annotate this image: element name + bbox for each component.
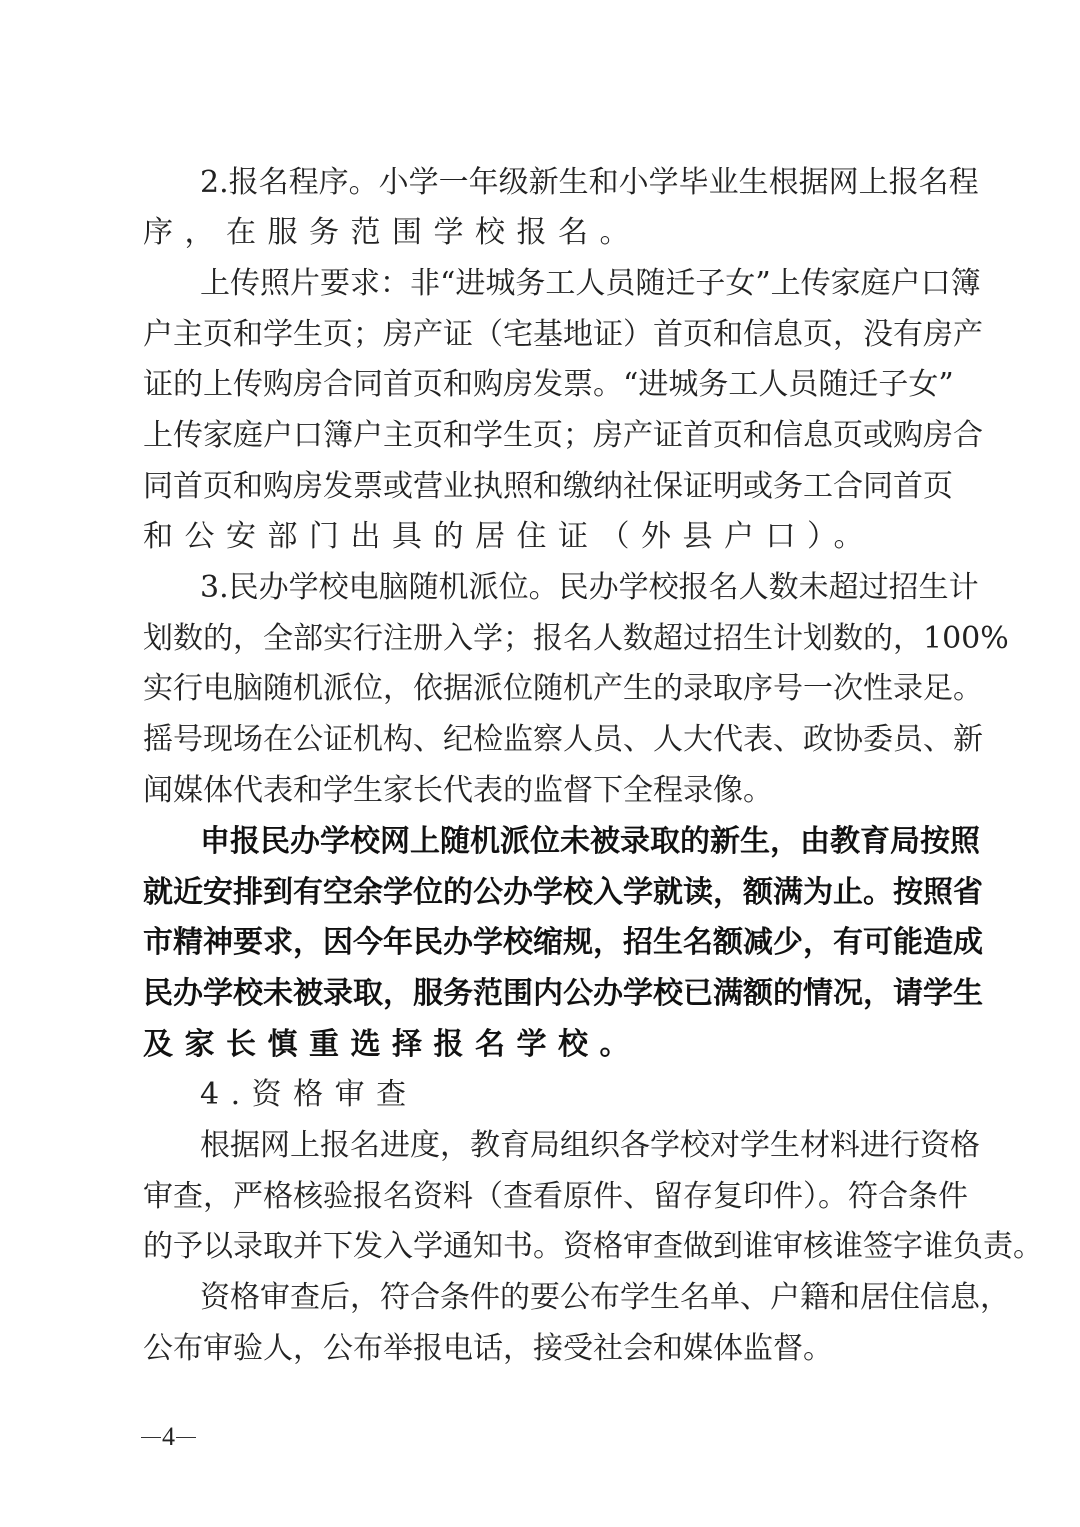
- paragraph-line: 划数的，全部实行注册入学；报名人数超过招生计划数的，100%: [143, 614, 943, 664]
- page-number-dash-right: [176, 1437, 196, 1438]
- bold-notice-line: 及家长慎重选择报名学校。: [143, 1020, 943, 1070]
- paragraph-line: 资格审查后，符合条件的要公布学生名单、户籍和居住信息，: [200, 1273, 945, 1323]
- section-2-heading-line: 2.报名程序。小学一年级新生和小学毕业生根据网上报名程: [200, 158, 945, 208]
- paragraph-line: 户主页和学生页；房产证（宅基地证）首页和信息页，没有房产: [143, 310, 943, 360]
- paragraph-line: 闻媒体代表和学生家长代表的监督下全程录像。: [143, 766, 943, 816]
- paragraph-line: 公布审验人，公布举报电话，接受社会和媒体监督。: [143, 1324, 943, 1374]
- bold-notice-line: 民办学校未被录取，服务范围内公办学校已满额的情况，请学生: [143, 969, 943, 1019]
- page-number: 4: [140, 1422, 197, 1452]
- paragraph-line: 实行电脑随机派位，依据派位随机产生的录取序号一次性录足。: [143, 664, 943, 714]
- paragraph-line: 根据网上报名进度，教育局组织各学校对学生材料进行资格: [200, 1121, 945, 1171]
- paragraph-line: 证的上传购房合同首页和购房发票。“进城务工人员随迁子女”: [143, 360, 943, 410]
- paragraph-line: 摇号现场在公证机构、纪检监察人员、人大代表、政协委员、新: [143, 715, 943, 765]
- paragraph-line: 和公安部门出具的居住证（外县户口）。: [143, 512, 943, 562]
- paragraph-line: 同首页和购房发票或营业执照和缴纳社保证明或务工合同首页: [143, 462, 943, 512]
- photo-requirements-line: 上传照片要求：非“进城务工人员随迁子女”上传家庭户口簿: [200, 259, 945, 309]
- paragraph-line: 审查，严格核验报名资料（查看原件、留存复印件）。符合条件: [143, 1172, 943, 1222]
- bold-notice-line: 市精神要求，因今年民办学校缩规，招生名额减少，有可能造成: [143, 918, 943, 968]
- paragraph-line: 上传家庭户口簿户主页和学生页；房产证首页和信息页或购房合: [143, 411, 943, 461]
- document-page: 2.报名程序。小学一年级新生和小学毕业生根据网上报名程 序，在服务范围学校报名。…: [0, 0, 1080, 1527]
- paragraph-line: 的予以录取并下发入学通知书。资格审查做到谁审核谁签字谁负责。: [143, 1222, 943, 1272]
- section-3-heading-line: 3.民办学校电脑随机派位。民办学校报名人数未超过招生计: [200, 563, 945, 613]
- bold-notice-line: 申报民办学校网上随机派位未被录取的新生，由教育局按照: [200, 817, 945, 867]
- paragraph-line: 序，在服务范围学校报名。: [143, 208, 943, 258]
- page-number-value: 4: [162, 1422, 175, 1452]
- bold-notice-line: 就近安排到有空余学位的公办学校入学就读，额满为止。按照省: [143, 868, 943, 918]
- page-number-dash-left: [141, 1437, 161, 1438]
- section-4-heading: 4.资格审查: [200, 1070, 945, 1120]
